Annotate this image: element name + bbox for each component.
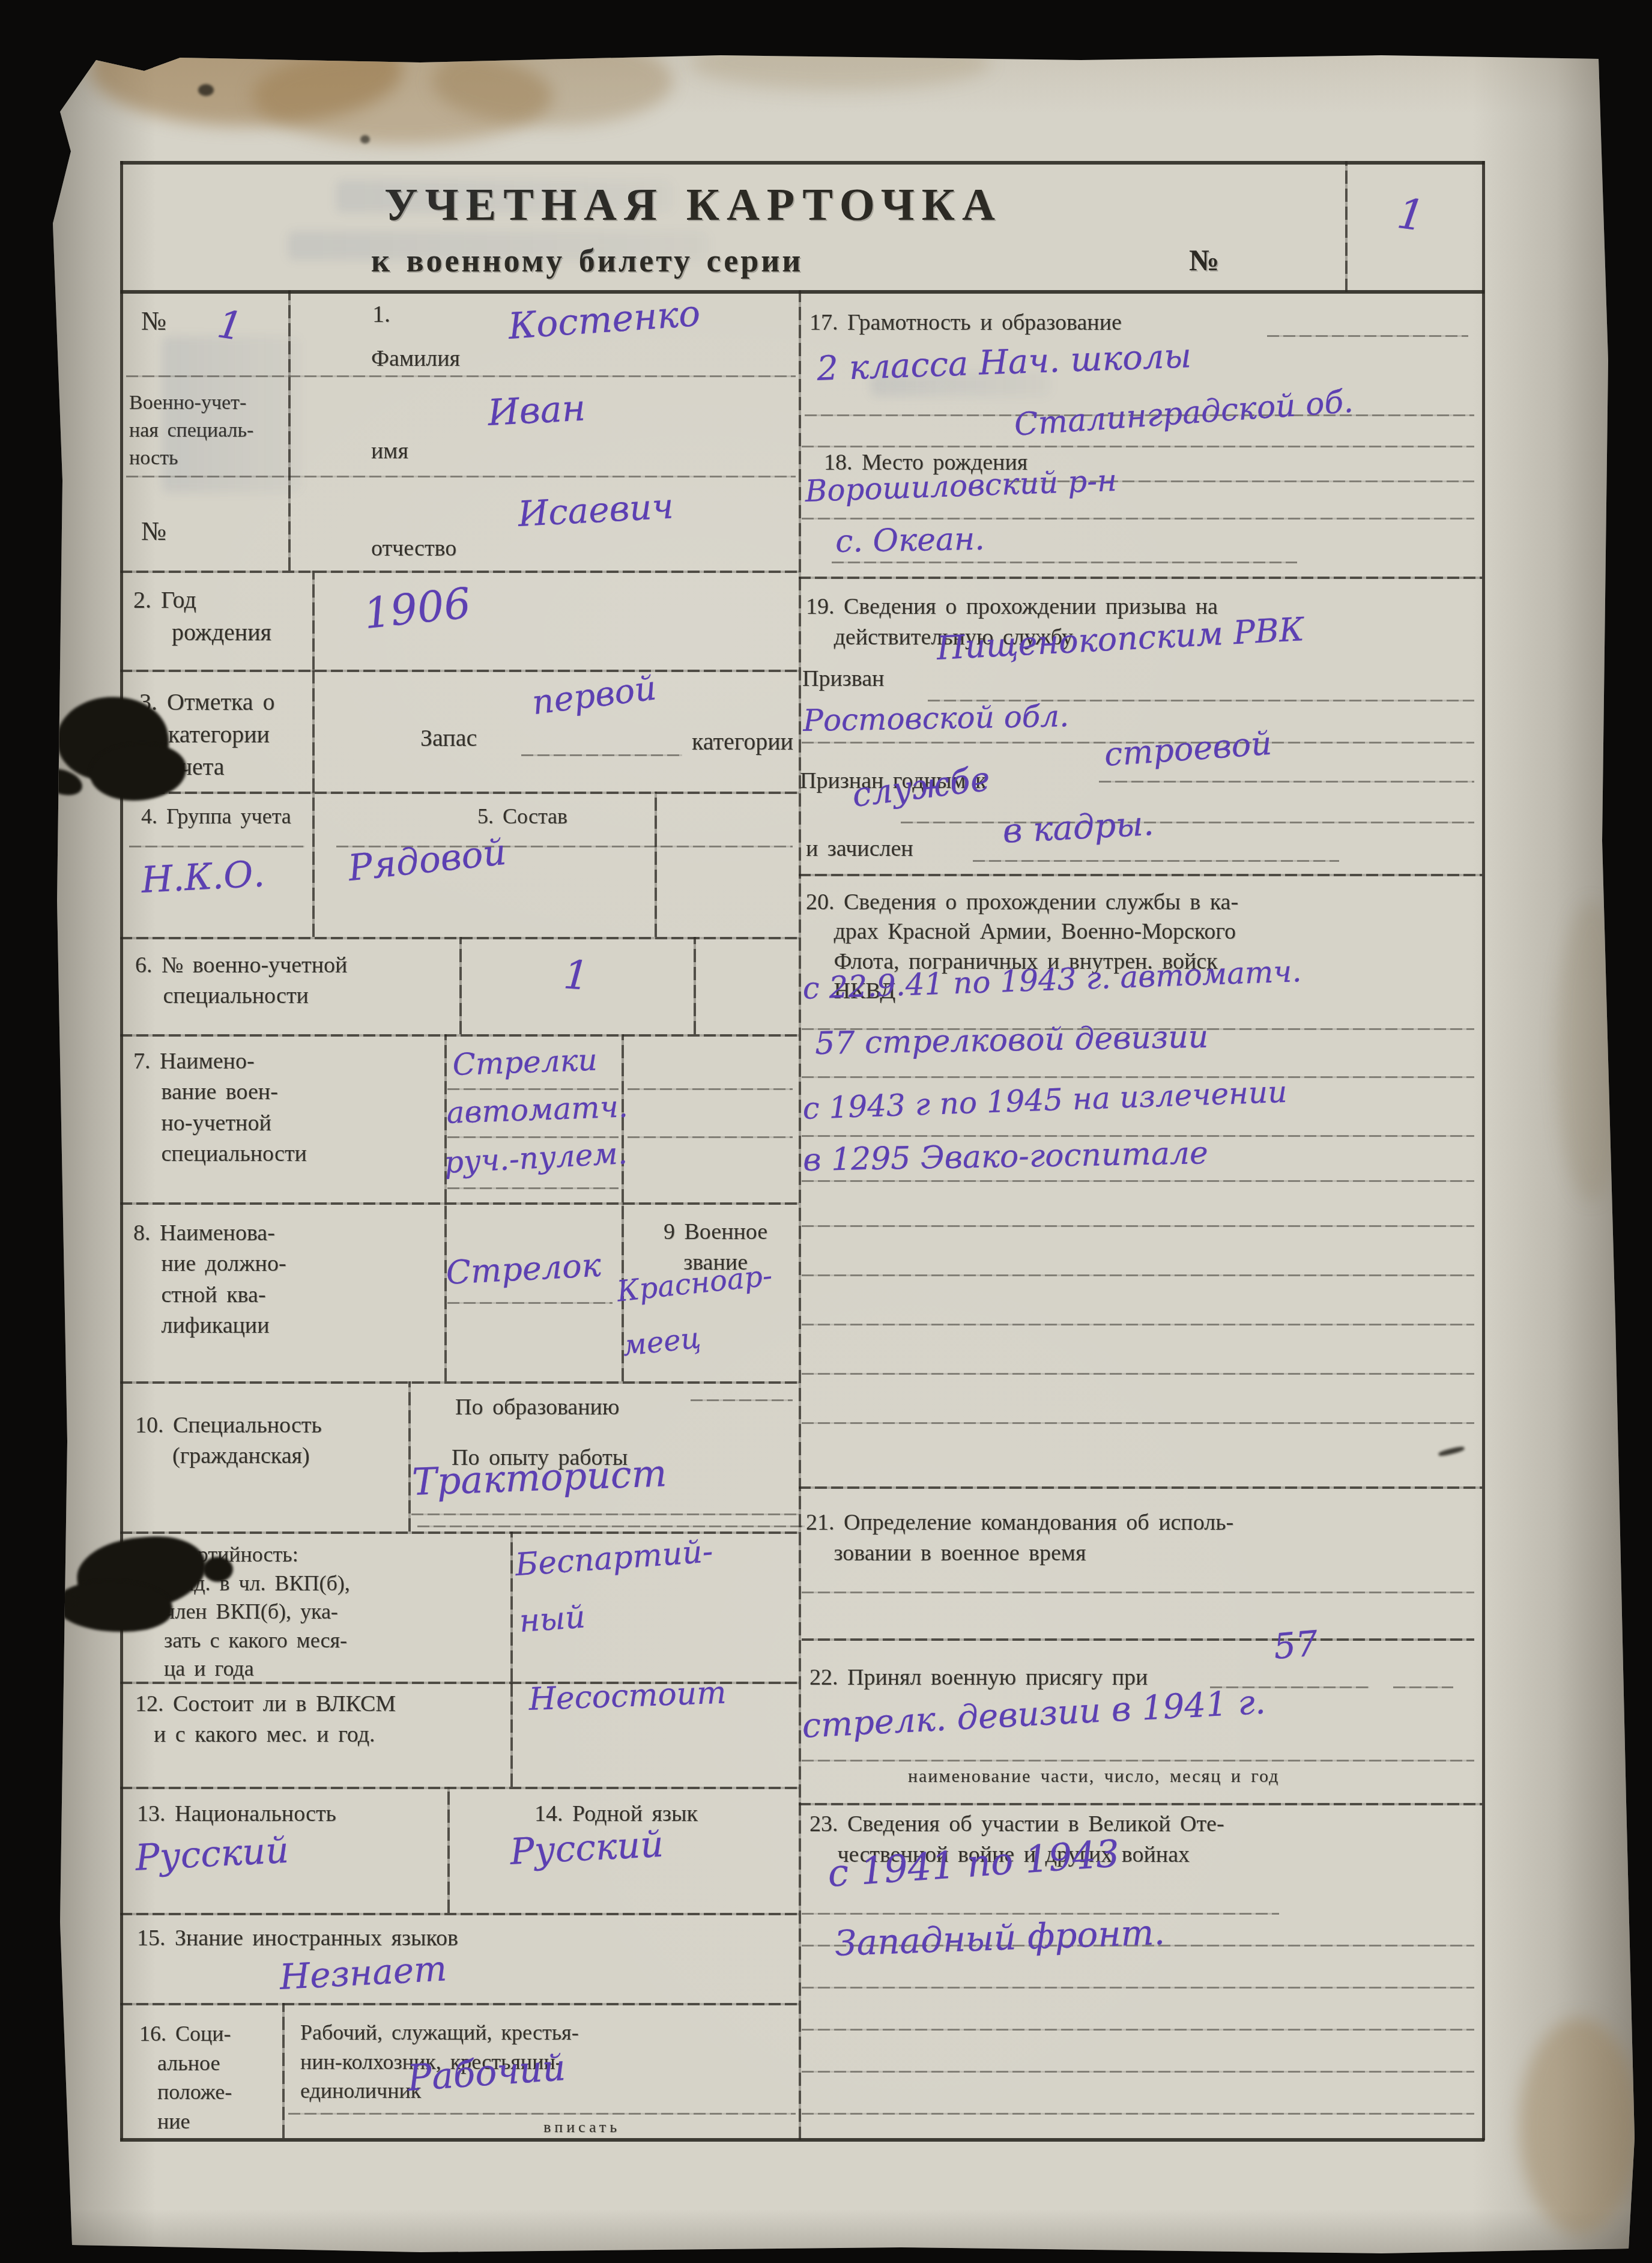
rule: [521, 754, 682, 756]
position-qualification-value: Стрелок: [445, 1240, 602, 1298]
komsomol-value: Несостоит: [528, 1669, 727, 1724]
ink-speck: [198, 84, 214, 96]
rule: [802, 2113, 1474, 2115]
birthplace-value-1: Сталинградской об.: [1012, 378, 1355, 450]
rule: [120, 670, 799, 672]
vus-name-value-2: автоматч.: [446, 1084, 629, 1137]
rule: [126, 476, 796, 477]
rule: [447, 1787, 450, 1913]
rule: [799, 1486, 1482, 1489]
rule: [802, 1225, 1474, 1227]
rule: [120, 1913, 799, 1915]
rule: [799, 1803, 1482, 1805]
rule: [802, 1274, 1474, 1276]
sostav-value: Рядовой: [345, 825, 509, 897]
komsomol-label: 12. Состоит ли в ВЛКСМ и с какого мес. и…: [135, 1689, 396, 1751]
rule: [120, 1202, 799, 1205]
rule: [628, 1136, 793, 1138]
rule: [1267, 335, 1468, 337]
party-membership-value: Беспартий- ный: [513, 1524, 719, 1650]
bleed-through: [288, 231, 709, 260]
rule: [126, 375, 796, 377]
frame-left: [120, 161, 123, 2140]
birth-year-value: 1906: [361, 571, 474, 647]
civil-specialty-value: Тракторист: [411, 1444, 668, 1511]
ink-blot: [0, 1584, 79, 1609]
civil-specialty-label: 10. Специальность (гражданская): [135, 1410, 322, 1472]
rule: [444, 1202, 447, 1381]
rule: [312, 792, 315, 937]
group-label: 4. Группа учета: [141, 802, 291, 831]
rule: [802, 446, 1474, 447]
foreign-languages-value: Незнает: [278, 1942, 448, 2005]
pen-mark: [1438, 1446, 1465, 1457]
rule: [802, 1987, 1474, 1989]
rule: [447, 1302, 613, 1304]
fit-for-service-value-1: строевой: [1103, 718, 1273, 780]
rule: [288, 290, 291, 571]
rule: [510, 1531, 513, 1682]
social-status-value: Рабочий: [406, 2040, 567, 2107]
frame-bottom: [120, 2138, 1484, 2142]
vus-number-item-label: 6. № военно-учетной специальности: [135, 950, 347, 1012]
called-up-label: Призван: [802, 664, 884, 694]
item1-index: 1.: [372, 298, 390, 330]
rule: [120, 1034, 799, 1037]
rule: [799, 577, 1482, 579]
rule: [655, 792, 657, 937]
card-number-value: 1: [1393, 181, 1429, 249]
enrolled-value: в кадры.: [1001, 798, 1155, 858]
rule: [802, 1373, 1474, 1375]
oath-value-unit-number: 57: [1271, 1617, 1320, 1674]
birth-year-label: 2. Год рождения: [133, 584, 271, 649]
rule: [459, 937, 462, 1034]
vus-name-label: 7. Наимено- вание воен- но-учетной специ…: [133, 1046, 307, 1169]
oath-caption: наименование части, число, месяц и год: [908, 1765, 1279, 1789]
vus-number-label: №: [141, 513, 166, 549]
scanned-military-registration-card: { "colors": {"ink":"#5c40b2","paper":"#d…: [0, 0, 1652, 2263]
literacy-education-value: 2 класса Нач. школы: [816, 330, 1193, 396]
rule: [282, 2003, 285, 2138]
rule: [312, 670, 315, 792]
rule: [901, 822, 1474, 823]
rule: [120, 792, 799, 794]
wartime-use-label: 21. Определение командования об исполь- …: [806, 1507, 1233, 1569]
social-status-label: 16. Соци- альное положе- ние: [139, 2019, 232, 2136]
rule: [973, 860, 1339, 862]
title-divider: [120, 290, 1484, 294]
rule: [120, 2003, 799, 2005]
enrolled-label: и зачислен: [806, 834, 913, 864]
ink-blot: [55, 1581, 172, 1632]
vus-name-value-3: руч.-пулем.: [443, 1130, 629, 1186]
literacy-education-label: 17. Грамотность и образование: [809, 307, 1122, 338]
birthplace-value-3: с. Океан.: [835, 515, 985, 566]
rule: [1099, 781, 1474, 783]
rule: [411, 1513, 799, 1515]
rule: [510, 1682, 513, 1787]
number-box-divider: [1345, 161, 1348, 292]
rule: [802, 1422, 1474, 1424]
category-word-label: категории: [692, 726, 793, 758]
stain: [1519, 2018, 1639, 2234]
rule: [120, 1787, 799, 1789]
war-participation-value-2: Западный фронт.: [834, 1906, 1166, 1971]
name-label: имя: [371, 436, 408, 467]
frame-right: [1482, 161, 1485, 2140]
bleed-through: [336, 180, 673, 213]
patronymic-value: Исаевич: [516, 480, 675, 542]
native-language-value: Русский: [509, 1817, 665, 1880]
group-value: Н.К.О.: [140, 846, 266, 909]
military-rank-value: Красноар- меец: [614, 1249, 781, 1374]
ink-blot: [203, 1557, 233, 1582]
stain: [1555, 901, 1627, 1201]
frame-top: [120, 161, 1484, 165]
rule: [694, 937, 696, 1034]
rule: [120, 1381, 799, 1384]
bleed-through: [162, 336, 300, 492]
stain: [432, 36, 673, 126]
social-status-hint: вписать: [543, 2116, 620, 2137]
rule: [802, 2071, 1474, 2073]
nationality-value: Русский: [134, 1823, 290, 1886]
rule: [799, 874, 1482, 876]
position-qualification-label: 8. Наименова- ние должно- стной ква- лиф…: [133, 1218, 286, 1341]
rule: [802, 1638, 1474, 1641]
rule: [1393, 1686, 1453, 1688]
rule: [417, 1525, 805, 1527]
surname-value: Костенко: [507, 286, 703, 355]
rule: [802, 1760, 1474, 1762]
by-education-label: По образованию: [455, 1392, 619, 1423]
series-number-sign: №: [1189, 240, 1219, 281]
zapas-value: первой: [529, 662, 659, 729]
rule: [447, 1187, 619, 1189]
stain: [691, 36, 991, 90]
rule: [802, 1592, 1474, 1593]
rule: [802, 2029, 1474, 2031]
service-record-line-4: в 1295 Эвако-госпитале: [803, 1129, 1209, 1184]
service-record-line-3: с 1943 г по 1945 на излечении: [802, 1069, 1287, 1133]
vus-number-item-value: 1: [561, 944, 591, 1007]
called-up-value-2: Ростовской обл.: [803, 693, 1070, 744]
document-paper: УЧЕТНАЯ КАРТОЧКА к военному билету серии…: [0, 0, 1652, 2263]
rule: [408, 1381, 411, 1531]
ink-speck: [360, 135, 370, 144]
zapas-label: Запас: [420, 722, 477, 754]
column-divider: [799, 290, 801, 2140]
vus-name-value-1: Стрелки: [452, 1037, 598, 1089]
fit-for-service-value-2: службе: [849, 754, 993, 822]
name-value: Иван: [486, 381, 587, 441]
rule: [129, 846, 304, 847]
rule: [691, 1399, 793, 1401]
rule: [288, 2113, 796, 2115]
service-record-line-2: 57 стрелковой девизии: [815, 1013, 1209, 1068]
rule: [802, 1324, 1474, 1325]
rule: [312, 571, 315, 670]
reg-number-label: №: [141, 303, 166, 339]
surname-label: Фамилия: [371, 344, 460, 374]
rule: [628, 1088, 793, 1090]
patronymic-label: отчество: [371, 533, 456, 564]
